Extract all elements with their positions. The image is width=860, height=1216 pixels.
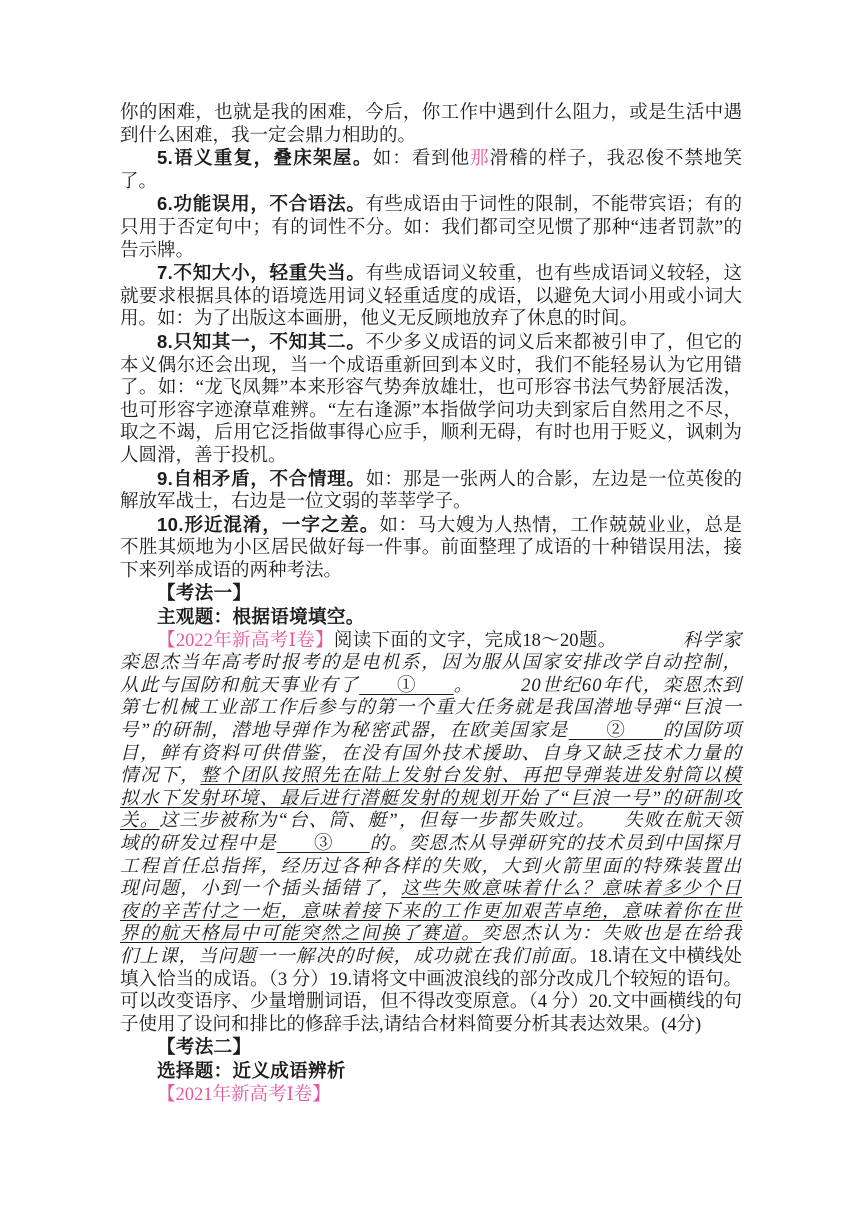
para-error-type-7: 7.不知大小，轻重失当。有些成语词义较重，也有些成语词义较轻，这就要求根据具体的… bbox=[120, 262, 742, 331]
exam-label-2022: 【2022年新高考Ⅰ卷】 bbox=[157, 631, 334, 651]
para-method-2-header: 【考法二】 bbox=[120, 1036, 742, 1060]
error-type-6-heading: 6.功能误用，不合语法。 bbox=[157, 193, 366, 214]
document-background: { "colors": { "accent_pink": "#e7559e", … bbox=[0, 0, 860, 1216]
para-method-1-subheader: 主观题：根据语境填空。 bbox=[120, 606, 742, 630]
error-type-9-heading: 9.自相矛盾，不合情理。 bbox=[157, 468, 366, 489]
error-type-8-heading: 8.只知其一，不知其二。 bbox=[157, 331, 366, 352]
para-exam-2022-passage: 【2022年新高考Ⅰ卷】阅读下面的文字，完成18～20题。 科学家栾恩杰当年高考… bbox=[120, 630, 742, 1037]
method-1-subheading: 主观题：根据语境填空。 bbox=[157, 606, 365, 627]
gap-2 bbox=[464, 676, 521, 696]
error-type-5-example-a: 如：看到他 bbox=[373, 149, 470, 169]
para-intro-continuation: 你的困难，也就是我的困难，今后，你工作中遇到什么阻力，或是生活中遇到什么困难，我… bbox=[120, 102, 742, 147]
method-2-heading: 【考法二】 bbox=[157, 1036, 251, 1057]
para-method-1-header: 【考法一】 bbox=[120, 582, 742, 606]
passage-part-2: 。 bbox=[454, 676, 465, 696]
gap-3 bbox=[587, 811, 624, 831]
error-type-5-heading: 5.语义重复，叠床架屋。 bbox=[157, 147, 373, 168]
continuation-text: 你的困难，也就是我的困难，今后，你工作中遇到什么阻力，或是生活中遇到什么困难，我… bbox=[120, 103, 742, 146]
blank-2: ② bbox=[569, 721, 663, 741]
error-type-7-heading: 7.不知大小，轻重失当。 bbox=[157, 262, 366, 283]
para-error-type-6: 6.功能误用，不合语法。有些成语由于词性的限制，不能带宾语；有的只用于否定句中；… bbox=[120, 193, 742, 262]
blank-1: ① bbox=[359, 676, 454, 696]
para-error-type-9: 9.自相矛盾，不合情理。如：那是一张两人的合影，左边是一位英俊的解放军战士，右边… bbox=[120, 468, 742, 514]
highlighted-char-na: 那 bbox=[470, 149, 490, 169]
method-2-subheading: 选择题：近义成语辨析 bbox=[157, 1060, 346, 1081]
gap-1 bbox=[607, 631, 682, 651]
blank-3: ③ bbox=[277, 834, 370, 854]
para-error-type-10: 10.形近混淆，一字之差。如：马大嫂为人热情，工作兢兢业业，总是不胜其烦地为小区… bbox=[120, 514, 742, 583]
method-1-heading: 【考法一】 bbox=[157, 582, 251, 603]
para-error-type-5: 5.语义重复，叠床架屋。如：看到他那滑稽的样子，我忍俊不禁地笑了。 bbox=[120, 147, 742, 193]
reading-instruction: 阅读下面的文字，完成18～20题。 bbox=[334, 631, 607, 651]
para-error-type-8: 8.只知其一，不知其二。不少多义成语的词义后来都被引申了，但它的本义偶尔还会出现… bbox=[120, 331, 742, 468]
para-exam-2021-label: 【2021年新高考Ⅰ卷】 bbox=[120, 1084, 742, 1107]
passage-part-5: 这三步被称为“台、筒、艇”，但每一步都失败过。 bbox=[159, 811, 586, 831]
error-type-8-body: 不少多义成语的词义后来都被引申了，但它的本义偶尔还会出现，当一个成语重新回到本义… bbox=[120, 333, 742, 466]
exam-label-2021: 【2021年新高考Ⅰ卷】 bbox=[157, 1085, 331, 1105]
document-page: 你的困难，也就是我的困难，今后，你工作中遇到什么阻力，或是生活中遇到什么困难，我… bbox=[120, 102, 742, 1106]
error-type-10-heading: 10.形近混淆，一字之差。 bbox=[157, 514, 379, 535]
para-method-2-subheader: 选择题：近义成语辨析 bbox=[120, 1060, 742, 1084]
